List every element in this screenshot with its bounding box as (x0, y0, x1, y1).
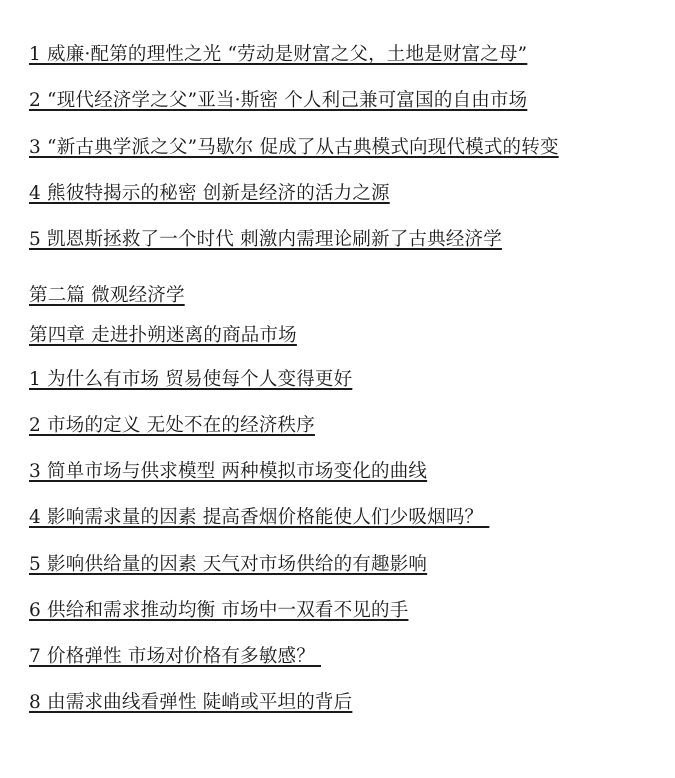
toc-link-part1-item-2[interactable]: 2 “现代经济学之父”亚当·斯密 个人利己兼可富国的自由市场 (29, 90, 527, 112)
toc-link-chapter-item-8[interactable]: 8 由需求曲线看弹性 陡峭或平坦的背后 (29, 692, 352, 714)
toc-link-chapter-heading[interactable]: 第四章 走进扑朔迷离的商品市场 (29, 325, 297, 347)
toc-link-chapter-item-5[interactable]: 5 影响供给量的因素 天气对市场供给的有趣影响 (29, 554, 427, 576)
toc-link-chapter-item-6[interactable]: 6 供给和需求推动均衡 市场中一双看不见的手 (29, 600, 408, 622)
toc-link-part1-item-4[interactable]: 4 熊彼特揭示的秘密 创新是经济的活力之源 (29, 183, 390, 205)
toc-link-chapter-item-3[interactable]: 3 简单市场与供求模型 两种模拟市场变化的曲线 (29, 461, 427, 483)
toc-link-chapter-item-7[interactable]: 7 价格弹性 市场对价格有多敏感？ (29, 646, 321, 668)
toc-link-part1-item-3[interactable]: 3 “新古典学派之父”马歇尔 促成了从古典模式向现代模式的转变 (29, 137, 559, 159)
toc-link-chapter-item-1[interactable]: 1 为什么有市场 贸易使每个人变得更好 (29, 369, 352, 391)
toc-link-chapter-item-2[interactable]: 2 市场的定义 无处不在的经济秩序 (29, 415, 315, 437)
toc-link-part1-item-1[interactable]: 1 威廉·配第的理性之光 “劳动是财富之父，土地是财富之母” (29, 44, 527, 66)
toc-link-part1-item-5[interactable]: 5 凯恩斯拯救了一个时代 刺激内需理论刷新了古典经济学 (29, 229, 502, 251)
toc-link-chapter-item-4[interactable]: 4 影响需求量的因素 提高香烟价格能使人们少吸烟吗？ (29, 507, 489, 529)
toc-link-part-heading[interactable]: 第二篇 微观经济学 (29, 285, 185, 307)
